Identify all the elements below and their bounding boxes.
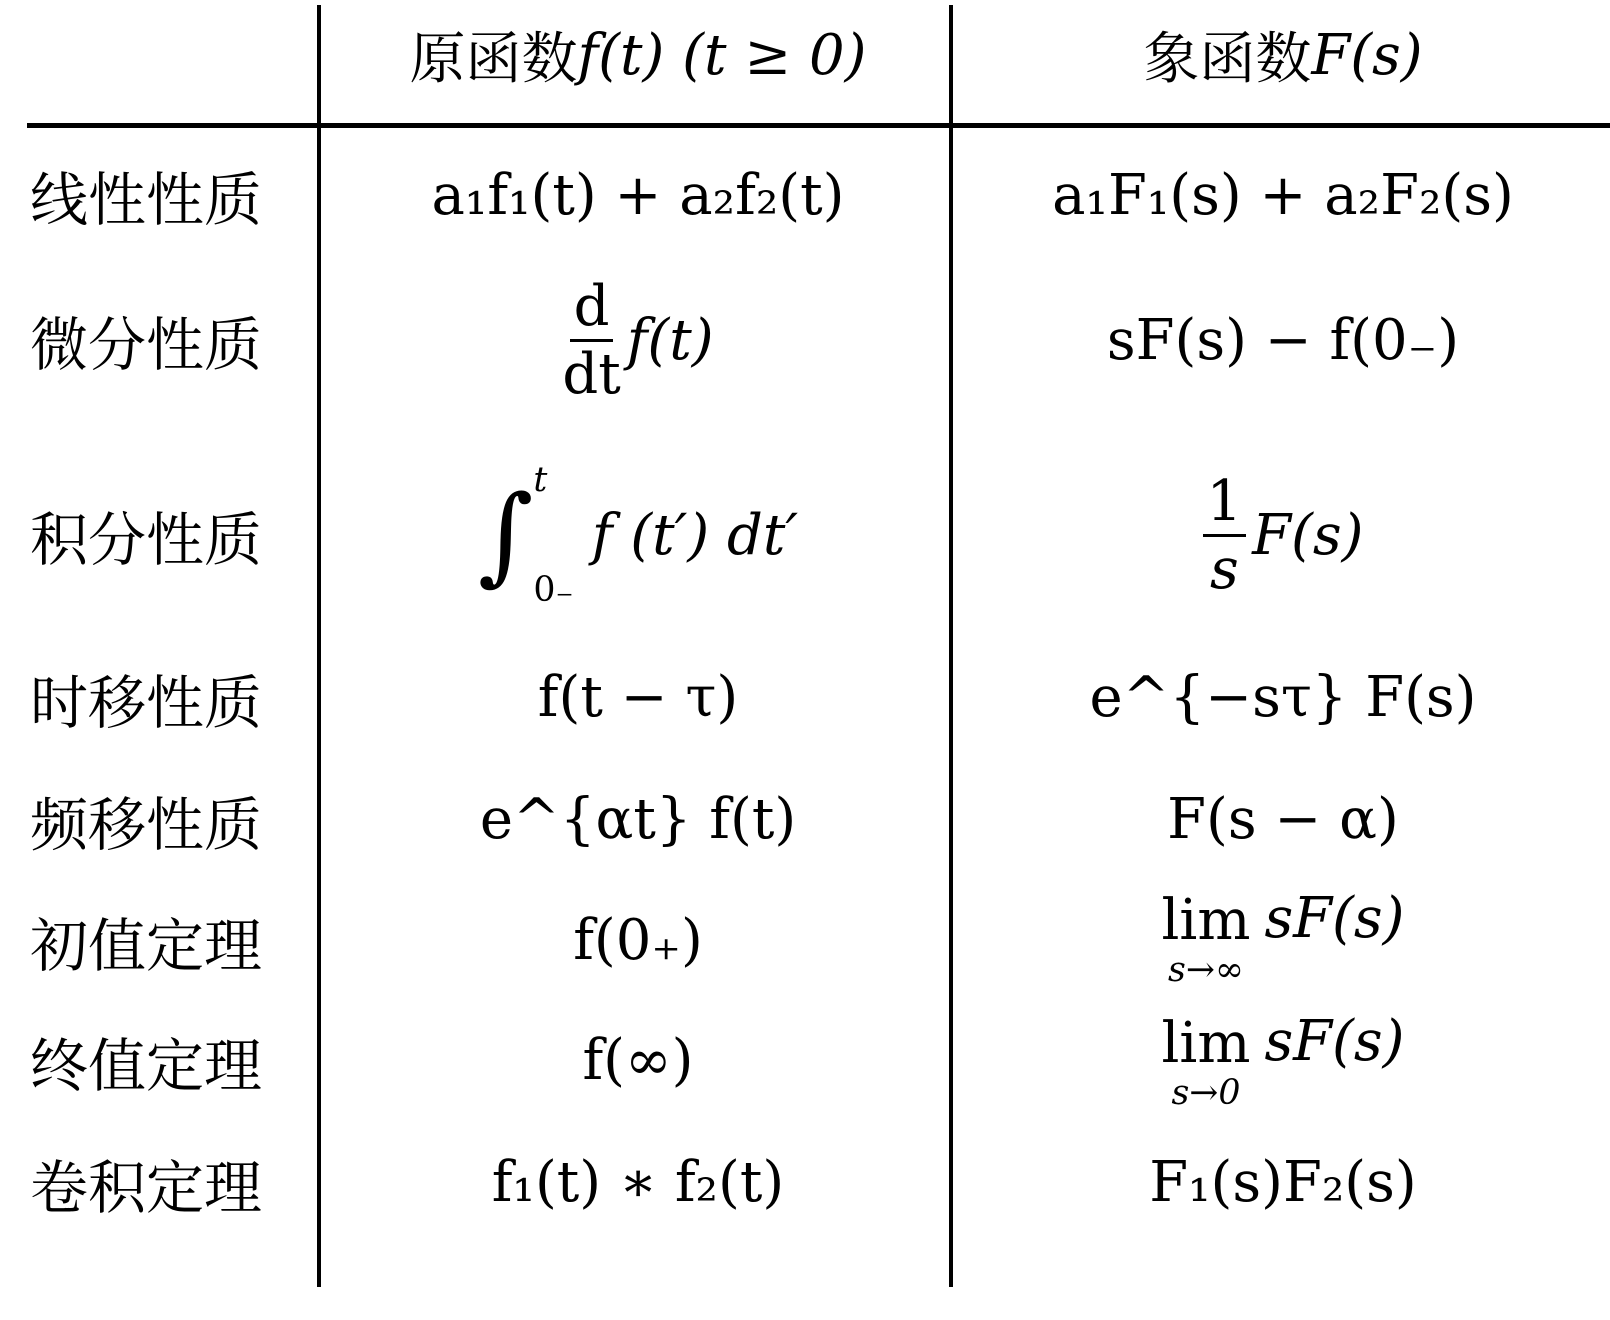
row-image-convolution: F₁(s)F₂(s) xyxy=(956,1135,1610,1230)
row-original-final-value: f(∞) xyxy=(324,1013,952,1108)
row-image-final-value: lim s→0 sF(s) xyxy=(956,1003,1610,1118)
fraction-denominator: s xyxy=(1210,537,1239,602)
lim-subscript: s→∞ xyxy=(1168,953,1244,988)
integral-body: f (t′) dt′ xyxy=(592,503,798,568)
row-original-integration: ∫ t 0₋ f (t′) dt′ xyxy=(324,445,952,625)
integral-bounds: t 0₋ xyxy=(533,460,573,610)
integral-lower: 0₋ xyxy=(533,570,573,610)
integral: ∫ t 0₋ f (t′) dt′ xyxy=(478,460,798,610)
limit-operator: lim s→∞ xyxy=(1162,888,1251,988)
integral-upper: t xyxy=(533,460,573,500)
integral-sign: ∫ xyxy=(478,473,533,597)
row-original-time-shift: f(t − τ) xyxy=(324,650,952,745)
row-label-frequency-shift: 频移性质 xyxy=(30,772,300,867)
row-label-final-value: 终值定理 xyxy=(30,1013,300,1108)
row-image-linearity: a₁F₁(s) + a₂F₂(s) xyxy=(956,150,1610,240)
lim-subscript: s→0 xyxy=(1171,1076,1240,1111)
row-image-time-shift: e^{−sτ} F(s) xyxy=(956,650,1610,745)
header-rule xyxy=(27,123,1610,128)
function-ft: f(t) xyxy=(627,308,714,373)
limit-operator: lim s→0 xyxy=(1162,1011,1251,1111)
row-original-initial-value: f(0₊) xyxy=(324,893,952,988)
row-image-initial-value: lim s→∞ sF(s) xyxy=(956,880,1610,995)
reciprocal-fraction: 1 s xyxy=(1203,469,1247,602)
row-image-frequency-shift: F(s − α) xyxy=(956,772,1610,867)
derivative-fraction: d dt xyxy=(562,274,620,407)
header-image-function: 象函数 F(s) xyxy=(956,0,1610,110)
lim-text: lim xyxy=(1162,1011,1251,1076)
row-label-integration: 积分性质 xyxy=(30,485,300,585)
function-sFs: sF(s) xyxy=(1264,1009,1404,1074)
header-col2-text: 象函数 xyxy=(1143,15,1311,95)
lim-text: lim xyxy=(1162,888,1251,953)
row-label-linearity: 线性性质 xyxy=(30,150,300,240)
header-col1-text: 原函数 xyxy=(409,15,577,95)
function-Fs: F(s) xyxy=(1252,503,1363,568)
function-sFs: sF(s) xyxy=(1264,886,1404,951)
row-original-convolution: f₁(t) ∗ f₂(t) xyxy=(324,1135,952,1230)
row-label-time-shift: 时移性质 xyxy=(30,650,300,745)
fraction-denominator: dt xyxy=(562,342,620,407)
header-original-function: 原函数 f(t) (t ≥ 0) xyxy=(324,0,952,110)
row-label-convolution: 卷积定理 xyxy=(30,1135,300,1230)
fraction-numerator: d xyxy=(570,274,614,342)
header-col2-math: F(s) xyxy=(1311,23,1422,88)
row-original-linearity: a₁f₁(t) + a₂f₂(t) xyxy=(324,150,952,240)
fraction-numerator: 1 xyxy=(1203,469,1247,537)
row-original-frequency-shift: e^{αt} f(t) xyxy=(324,772,952,867)
row-image-integration: 1 s F(s) xyxy=(956,460,1610,610)
row-label-initial-value: 初值定理 xyxy=(30,893,300,988)
column-divider-1 xyxy=(317,5,321,1287)
row-label-differentiation: 微分性质 xyxy=(30,285,300,395)
row-original-differentiation: d dt f(t) xyxy=(324,260,952,420)
row-image-differentiation: sF(s) − f(0₋) xyxy=(956,290,1610,390)
header-col1-math: f(t) (t ≥ 0) xyxy=(577,23,866,88)
